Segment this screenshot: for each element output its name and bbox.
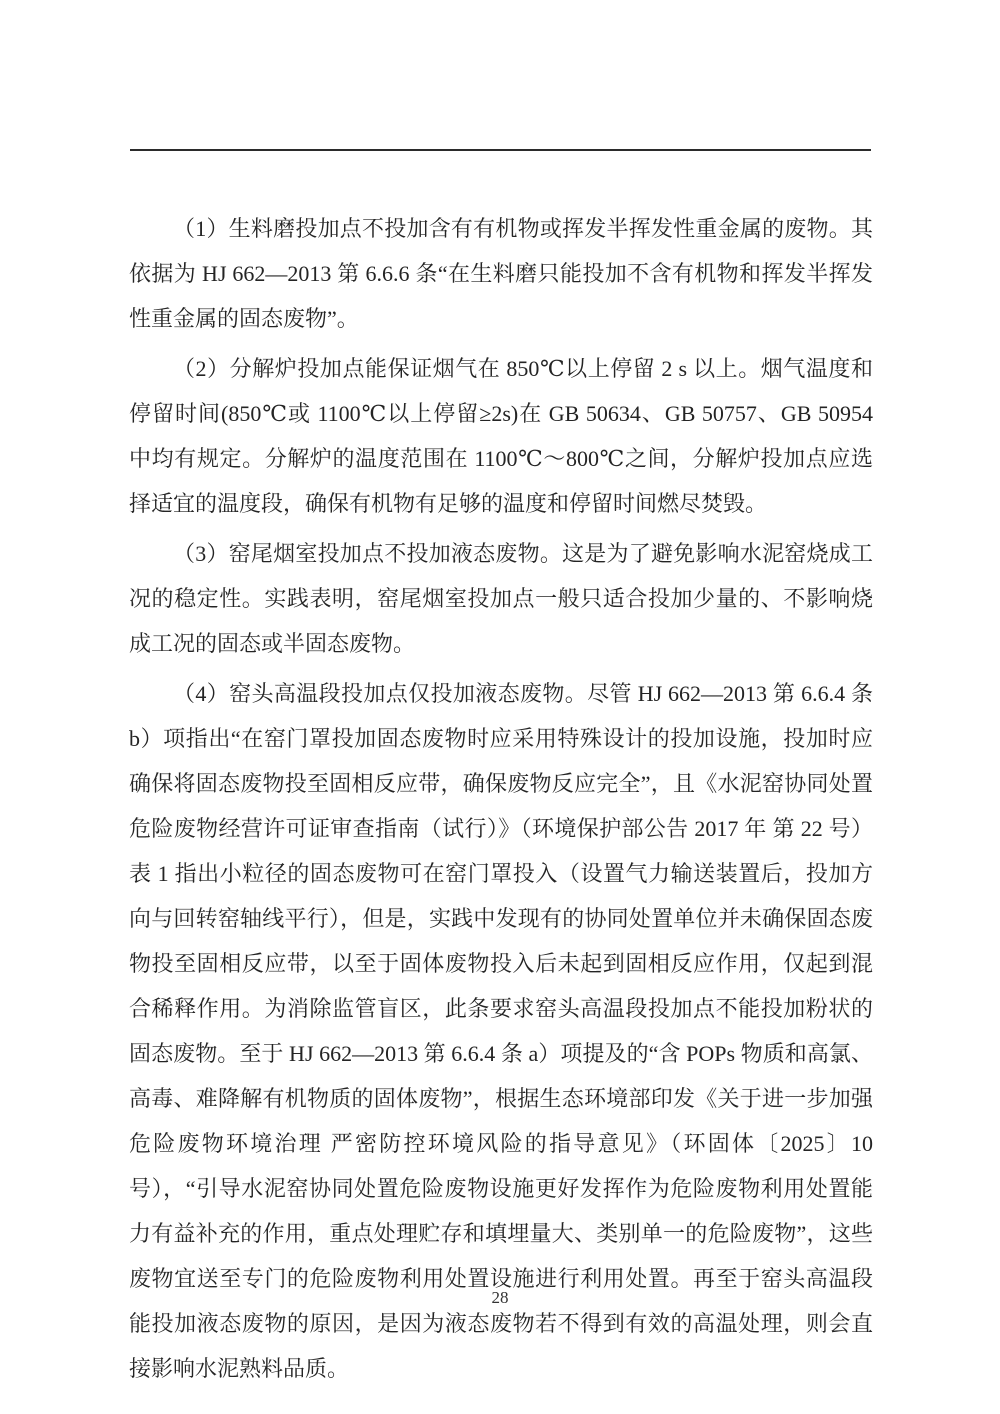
paragraph-3: （3）窑尾烟室投加点不投加液态废物。这是为了避免影响水泥窑烧成工况的稳定性。实践…: [129, 531, 873, 666]
paragraph-4: （4）窑头高温段投加点仅投加液态废物。尽管 HJ 662—2013 第 6.6.…: [129, 671, 873, 1391]
document-body: （1）生料磨投加点不投加含有有机物或挥发半挥发性重金属的废物。其依据为 HJ 6…: [129, 206, 873, 1396]
header-rule: [130, 149, 871, 151]
page-number: 28: [0, 1288, 1000, 1308]
paragraph-2: （2）分解炉投加点能保证烟气在 850℃以上停留 2 s 以上。烟气温度和停留时…: [129, 346, 873, 526]
document-page: （1）生料磨投加点不投加含有有机物或挥发半挥发性重金属的废物。其依据为 HJ 6…: [0, 0, 1000, 1414]
paragraph-1: （1）生料磨投加点不投加含有有机物或挥发半挥发性重金属的废物。其依据为 HJ 6…: [129, 206, 873, 341]
